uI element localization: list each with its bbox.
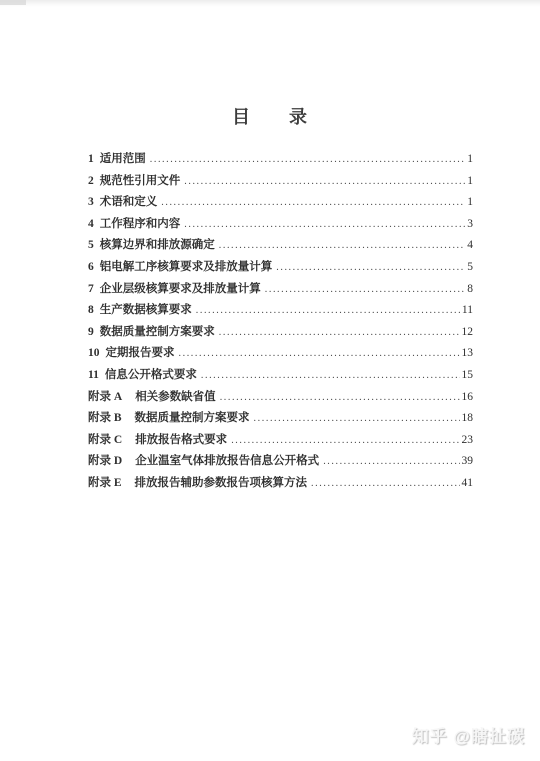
document-page: 目 录 1适用范围1 2规范性引用文件1 3术语和定义1 4工作程序和内容3 5… [0,0,540,761]
toc-entry: 9数据质量控制方案要求12 [88,322,473,344]
toc-entry-page: 15 [462,365,474,387]
page-corner-shade [0,0,26,5]
toc-entry: 11信息公开格式要求15 [88,365,473,387]
toc-entry-page: 18 [462,408,474,430]
toc-dot-leader [219,322,460,344]
toc-entry: 7企业层级核算要求及排放量计算8 [88,279,473,301]
toc-entry-number: 5 [88,235,94,257]
toc-entry-appendix: 附录 C排放报告格式要求23 [88,430,473,452]
toc-entry-page: 1 [467,171,473,193]
toc-entry-title: 数据质量控制方案要求 [100,322,215,344]
toc-entry-number: 附录 A [88,387,122,409]
toc-dot-leader [201,365,460,387]
toc-entry-appendix: 附录 D企业温室气体排放报告信息公开格式39 [88,451,473,473]
toc-entry: 5核算边界和排放源确定4 [88,235,473,257]
toc-dot-leader [150,149,466,171]
toc-entry-page: 12 [462,322,474,344]
toc-entry: 3术语和定义1 [88,192,473,214]
toc-entry-page: 8 [467,279,473,301]
toc-entry-title: 适用范围 [100,149,146,171]
toc-dot-leader [220,387,460,409]
toc-dot-leader [254,408,460,430]
page-title: 目 录 [0,103,540,129]
toc-entry: 1适用范围1 [88,149,473,171]
table-of-contents: 1适用范围1 2规范性引用文件1 3术语和定义1 4工作程序和内容3 5核算边界… [88,149,473,495]
toc-dot-leader [276,257,465,279]
toc-entry: 8生产数据核算要求11 [88,300,473,322]
toc-entry-number: 附录 B [88,408,122,430]
toc-entry-title: 规范性引用文件 [100,171,181,193]
toc-entry-title: 排放报告格式要求 [135,430,227,452]
toc-entry-number: 附录 D [88,451,122,473]
toc-entry-page: 1 [467,192,473,214]
toc-dot-leader [179,343,460,365]
toc-entry-number: 9 [88,322,94,344]
page-top-edge [0,0,540,7]
toc-entry-title: 企业层级核算要求及排放量计算 [100,279,261,301]
toc-entry-appendix: 附录 B数据质量控制方案要求18 [88,408,473,430]
toc-dot-leader [184,171,465,193]
toc-entry-title: 铝电解工序核算要求及排放量计算 [100,257,273,279]
toc-entry-title: 信息公开格式要求 [105,365,197,387]
toc-entry-title: 生产数据核算要求 [100,300,192,322]
toc-entry-title: 排放报告辅助参数报告项核算方法 [135,473,308,495]
toc-entry-page: 39 [462,451,474,473]
toc-entry-title: 企业温室气体排放报告信息公开格式 [135,451,319,473]
toc-entry-page: 1 [467,149,473,171]
toc-entry-number: 2 [88,171,94,193]
toc-entry-number: 附录 C [88,430,122,452]
toc-entry-number: 4 [88,214,94,236]
toc-entry: 4工作程序和内容3 [88,214,473,236]
toc-entry-appendix: 附录 A相关参数缺省值16 [88,387,473,409]
toc-dot-leader [161,192,465,214]
toc-entry-number: 3 [88,192,94,214]
toc-entry-title: 工作程序和内容 [100,214,181,236]
toc-entry-page: 4 [467,235,473,257]
toc-entry-page: 3 [467,214,473,236]
toc-entry-title: 术语和定义 [100,192,158,214]
toc-entry-page: 41 [462,473,474,495]
toc-entry-number: 6 [88,257,94,279]
toc-entry-appendix: 附录 E排放报告辅助参数报告项核算方法41 [88,473,473,495]
toc-entry-title: 数据质量控制方案要求 [135,408,250,430]
toc-entry-page: 13 [462,343,474,365]
toc-dot-leader [231,430,459,452]
toc-entry-number: 1 [88,149,94,171]
toc-dot-leader [265,279,466,301]
toc-entry: 6铝电解工序核算要求及排放量计算5 [88,257,473,279]
toc-entry-number: 10 [88,343,100,365]
toc-entry-number: 7 [88,279,94,301]
toc-entry-number: 8 [88,300,94,322]
toc-dot-leader [311,473,459,495]
toc-entry: 10定期报告要求13 [88,343,473,365]
toc-dot-leader [219,235,466,257]
toc-entry-page: 5 [467,257,473,279]
toc-entry-page: 11 [462,300,473,322]
zhihu-watermark: 知乎 @瞎扯碳 [412,722,525,747]
toc-dot-leader [184,214,465,236]
toc-entry-number: 附录 E [88,473,122,495]
toc-entry-title: 定期报告要求 [106,343,175,365]
toc-entry-page: 16 [462,387,474,409]
toc-dot-leader [196,300,460,322]
toc-entry-title: 核算边界和排放源确定 [100,235,215,257]
toc-entry-title: 相关参数缺省值 [135,387,216,409]
toc-dot-leader [323,451,459,473]
toc-entry-number: 11 [88,365,99,387]
toc-entry-page: 23 [462,430,474,452]
toc-entry: 2规范性引用文件1 [88,171,473,193]
